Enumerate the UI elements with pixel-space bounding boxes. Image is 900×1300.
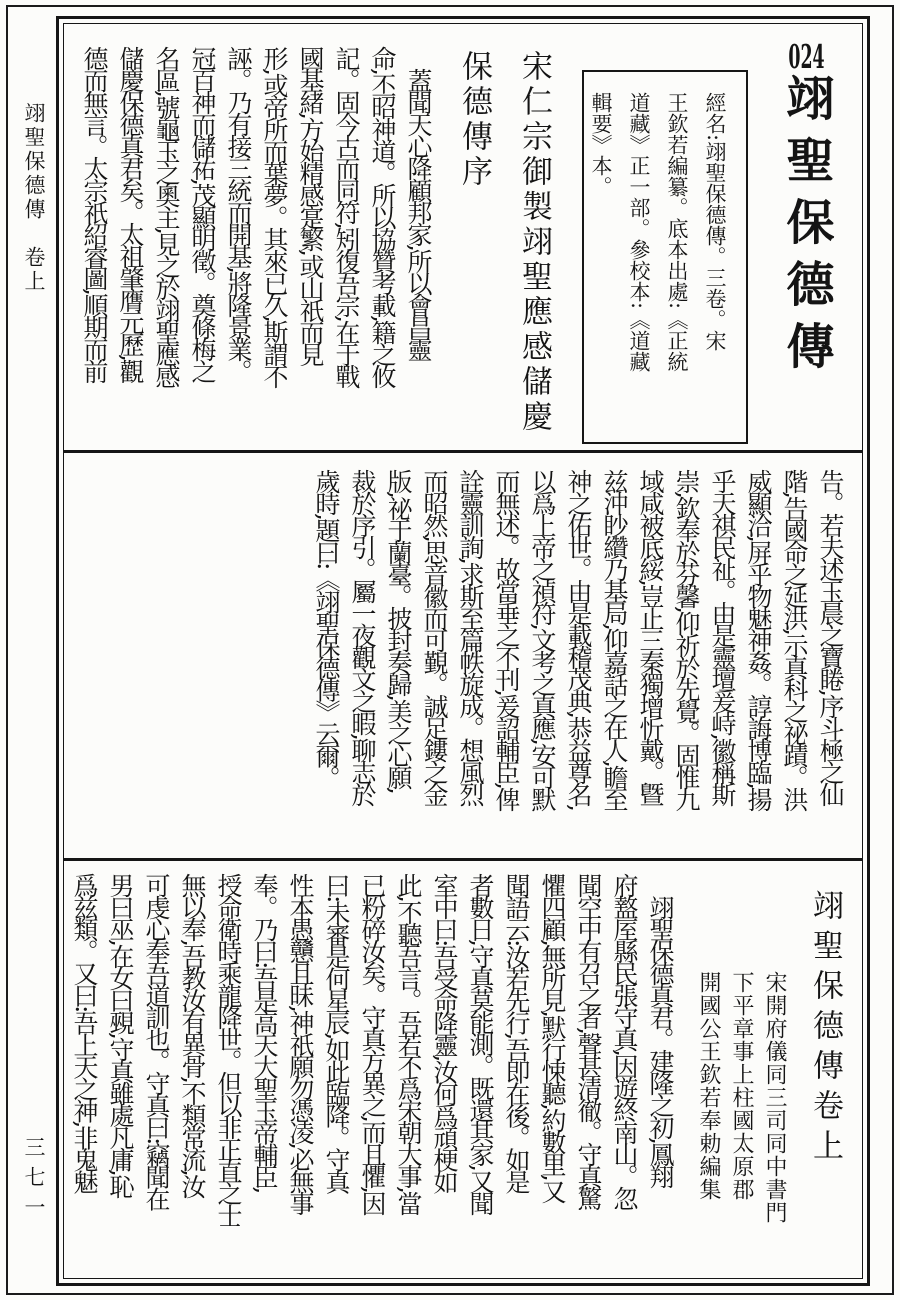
chapter-body-text: 翊聖保德真君。建隆之初,鳳翔 府盩厔縣民張守真,因遊終南山。忽 聞空中有召之者,… xyxy=(66,873,678,1283)
margin-running-title: 翊聖保德傳 卷上 xyxy=(19,102,49,294)
document-title-text: 翊聖保德傳 xyxy=(778,73,834,383)
preface-title: 宋仁宗御製翊聖應感儲慶 保德傳序 xyxy=(444,50,564,450)
preface-text-part2: 告。若夫述玉晨之寶睠,序斗極之仙 階,告國命之延洪,示真科之祕蹟。洪 威顯洽,屏… xyxy=(308,469,848,861)
text-frame-inner: 024翊聖保德傳 經名:翊聖保德傳。三卷。宋 王欽若編纂。底本出處:《正統 道藏… xyxy=(63,23,863,1279)
text-frame: 024翊聖保德傳 經名:翊聖保德傳。三卷。宋 王欽若編纂。底本出處:《正統 道藏… xyxy=(56,16,870,1286)
chapter-byline: 宋開府儀同三司同中書門 下平章事上柱國太原郡 開國公王欽若奉勅編集 xyxy=(692,865,791,1271)
section-chapter-one: 翊聖保德傳卷上 宋開府儀同三司同中書門 下平章事上柱國太原郡 開國公王欽若奉勅編… xyxy=(64,861,862,1289)
scanned-book-page: 翊聖保德傳 卷上 三七一 024翊聖保德傳 經名:翊聖保德傳。三卷。宋 王欽若編… xyxy=(0,0,900,1300)
section-title-and-preface: 024翊聖保德傳 經名:翊聖保德傳。三卷。宋 王欽若編纂。底本出處:《正統 道藏… xyxy=(64,24,862,453)
section-preface-continued: 告。若夫述玉晨之寶睠,序斗極之仙 階,告國命之延洪,示真科之祕蹟。洪 威顯洽,屏… xyxy=(64,453,862,861)
bibliography-box: 經名:翊聖保德傳。三卷。宋 王欽若編纂。底本出處:《正統 道藏》正一部。參校本:… xyxy=(582,70,748,444)
chapter-title: 翊聖保德傳卷上 xyxy=(803,889,848,1289)
document-title: 024翊聖保德傳 xyxy=(770,40,842,383)
document-number: 024 xyxy=(787,40,826,73)
margin-page-number: 三七一 xyxy=(19,1136,49,1226)
preface-text-part1: 蓋聞天心降顧邦家,所以會昌靈 命,丕昭神道。所以協贊考載,籍之攸 記。固今古而同… xyxy=(76,46,436,450)
